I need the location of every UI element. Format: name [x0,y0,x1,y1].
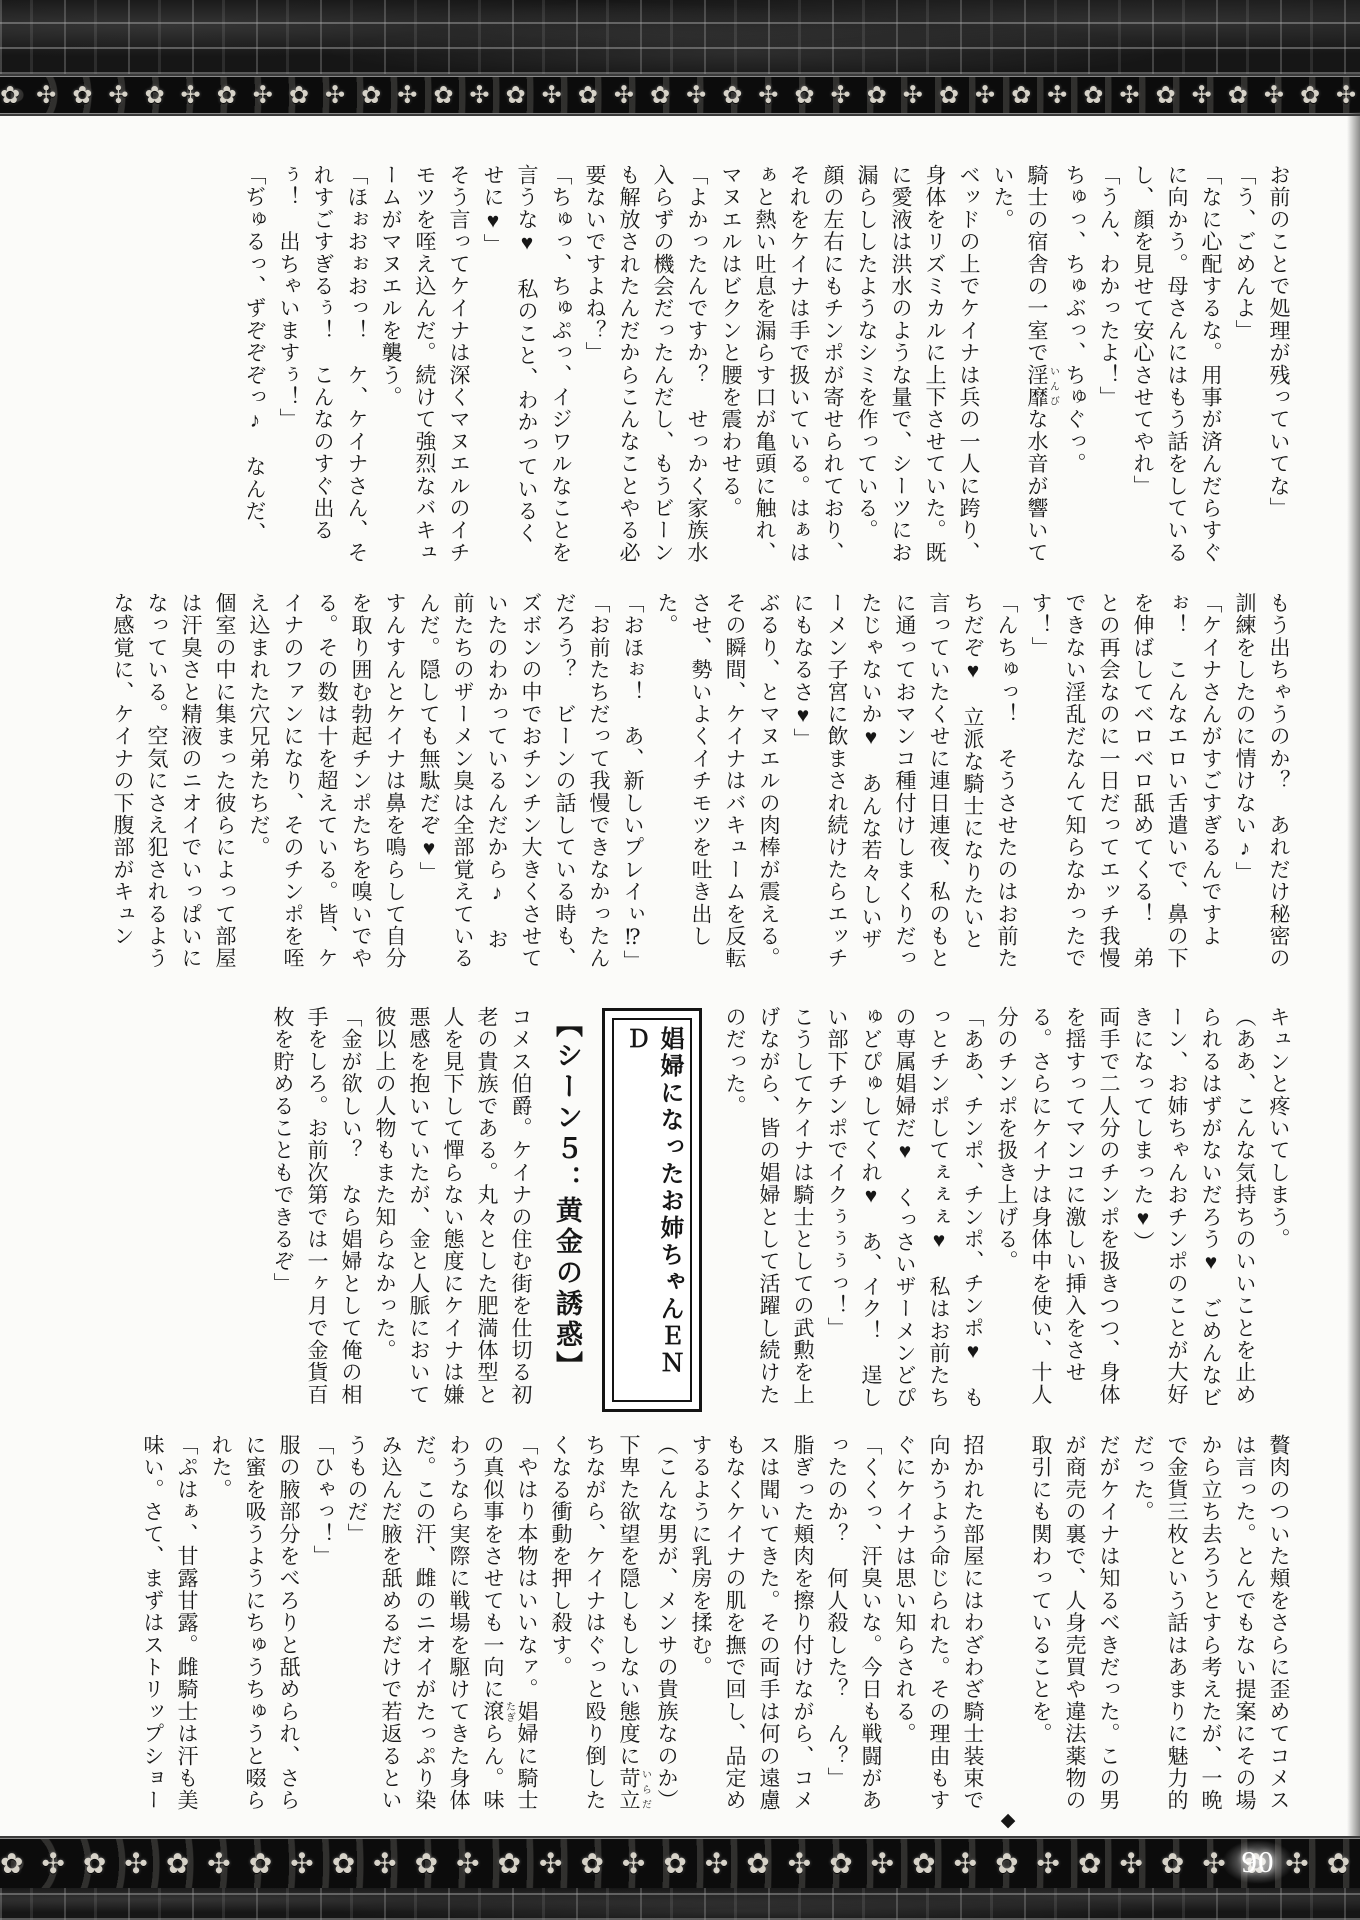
section-divider: ◆ [990,1434,1024,1832]
paragraph: そう言ってケイナは深くマヌエルのイチモツを咥え込んだ。続けて強烈なバキュームがマ… [374,164,476,566]
paragraph: 「ケイナさんがすごすぎるんですよぉ！ こんなエロい舌遣いで、鼻の下を伸ばしてベロ… [1024,592,1228,970]
paragraph: 「金が欲しい？ なら娼婦として俺の相手をしろ。お前次第では一ヶ月で金貨百枚を貯め… [266,1006,368,1410]
paragraph: （ああ、こんな気持ちのいいことを止められるはずがないだろう♥ ごめんなビーン、お… [1126,1006,1262,1410]
paragraph: 脂ぎった頬肉を擦り付けながら、コメスは聞いてきた。その両手は何の遠慮もなくケイナ… [684,1434,820,1832]
paragraph: 「ちゅっ、ちゅぷっ、イジワルなことを言うな♥ 私のこと、わかっているくせに♥」 [476,164,578,566]
paragraph: 「ひゃっ！」 [306,1434,340,1832]
paragraph: 「やはり本物はいいなァ。娼婦に騎士の真似事をさせても一向に滾たぎらん。味わうなら… [340,1434,544,1832]
text-band-1: お前のことで処理が残っていてな」「う、ごめんよ」「なに心配するな。用事が済んだら… [238,164,1296,566]
end-title-box: 娼婦になったお姉ちゃんＥＮＤ [602,1008,702,1412]
paragraph: こうしてケイナは騎士としての武勲を上げながら、皆の娼婦として活躍し続けたのだった… [718,1006,820,1410]
paragraph: 騎士の宿舎の一室で淫靡いんびな水音が響いていた。 [986,164,1058,566]
text-band-2: もう出ちゃうのか？ あれだけ秘密の訓練をしたのに情けない♪」「ケイナさんがすごす… [106,592,1296,970]
end-title-text: 娼婦になったお姉ちゃんＥＮＤ [612,1018,692,1402]
paragraph: だがケイナは知るべきだった。この男が商売の裏で、人身売買や違法薬物の取引にも関わ… [1024,1434,1126,1832]
scene-heading: 【シーン５：黄金の誘惑】 [550,1010,584,1410]
paragraph: ベッドの上でケイナは兵の一人に跨り、身体をリズミカルに上下させていた。既に愛液は… [850,164,986,566]
novel-page: ✿✣✿✣✿✣✿✣✿✣✿✣✿✣✿✣✿✣✿✣✿✣✿✣✿✣✿✣✿✣✿✣✿✣✿✣✿✣✿✣… [0,0,1360,1920]
paragraph: ぶるり、とマヌエルの肉棒が震える。その瞬間、ケイナはバキュームを反転させ、勢いよ… [650,592,786,970]
paragraph: 贅肉のついた頬をさらに歪めてコメスは言った。とんでもない提案にその場から立ち去ろ… [1126,1434,1296,1832]
paragraph: 「ああ、チンポ、チンポ、チンポ♥ もっとチンポしてぇぇぇ♥ 私はお前たちの専属娼… [820,1006,990,1410]
paragraph: 両手で二人分のチンポを扱きつつ、身体を揺すってマンコに激しい挿入をさせる。さらに… [990,1006,1126,1410]
paragraph: 「ぢゅるっ、ずぞぞぞっ♪ なんだ、 [238,164,272,566]
page-edge-shadow [1347,112,1360,1836]
bottom-ornament-border: ✿✣✿✣✿✣✿✣✿✣✿✣✿✣✿✣✿✣✿✣✿✣✿✣✿✣✿✣✿✣✿✣✿✣✿✣✿✣✿✣… [0,1836,1360,1892]
paragraph: 「ほぉおぉおっ！ ケ、ケイナさん、それすごすぎるぅ！ こんなのすぐ出るぅ！ 出ち… [272,164,374,566]
paragraph: 服の腋部分をべろりと舐められ、さらに蜜を吸うようにちゅうちゅうと啜られた。 [204,1434,306,1832]
paragraph: 顔の左右にもチンポが寄せられており、それをケイナは手で扱いている。はぁはぁと熱い… [714,164,850,566]
paragraph: 招かれた部屋にはわざわざ騎士装束で向かうよう命じられた。その理由もすぐにケイナは… [888,1434,990,1832]
paragraph: 「なに心配するな。用事が済んだらすぐに向かう。母さんにはもう話をしているし、顔を… [1126,164,1228,566]
text-band-4: 贅肉のついた頬をさらに歪めてコメスは言った。とんでもない提案にその場から立ち去ろ… [136,1434,1296,1832]
paragraph: キュンと疼いてしまう。 [1262,1006,1296,1410]
paragraph: （こんな男が、メンサの貴族なのか） [650,1434,684,1832]
paragraph: コメス伯爵。ケイナの住む街を仕切る初老の貴族である。丸々とした肥満体型と人を見下… [368,1006,538,1410]
paragraph: 下卑た欲望を隠しもしない態度に苛立いらだちながら、ケイナはぐっと殴り倒したくなる… [544,1434,650,1832]
top-ornament-border: ✿✣✿✣✿✣✿✣✿✣✿✣✿✣✿✣✿✣✿✣✿✣✿✣✿✣✿✣✿✣✿✣✿✣✿✣✿✣✿✣… [0,74,1360,116]
paragraph: 「お前たちだって我慢できなかったんだろう？ ビーンの話している時も、ズボンの中で… [412,592,616,970]
paragraph: もう出ちゃうのか？ あれだけ秘密の訓練をしたのに情けない♪」 [1228,592,1296,970]
bottom-brick-border [0,1888,1360,1920]
paragraph: 「くくっ、汗臭いな。今日も戦闘があったのか？ 何人殺した？ ん？」 [820,1434,888,1832]
paragraph: 「うん、わかったよ！」 [1092,164,1126,566]
paragraph: すんすんとケイナは鼻を鳴らして自分を取り囲む勃起チンポたちを嗅いでやる。その数は… [242,592,412,970]
paragraph: 「んちゅっ！ そうさせたのはお前たちだぞ♥ 立派な騎士になりたいと言っていたくせ… [786,592,1024,970]
paragraph: 個室の中に集まった彼らによって部屋は汗臭さと精液のニオイでいっぱいになっている。… [106,592,242,970]
paragraph: ちゅっ、ちゅぶっ、ちゅぐっ。 [1058,164,1092,566]
paragraph: 「おほぉ！ あ、新しいプレイぃ⁉」 [616,592,650,970]
paragraph: 「よかったんですか？ せっかく家族水入らずの機会だったんだし、もうビーンも解放さ… [578,164,714,566]
page-number: 90 [1222,1840,1294,1884]
paragraph: 「う、ごめんよ」 [1228,164,1262,566]
top-brick-border [0,0,1360,74]
text-band-3: キュンと疼いてしまう。（ああ、こんな気持ちのいいことを止められるはずがないだろう… [266,1006,1296,1410]
paragraph: 「ぷはぁ、甘露甘露。雌騎士は汗も美味い。さて、まずはストリップショー [136,1434,204,1832]
paragraph: お前のことで処理が残っていてな」 [1262,164,1296,566]
